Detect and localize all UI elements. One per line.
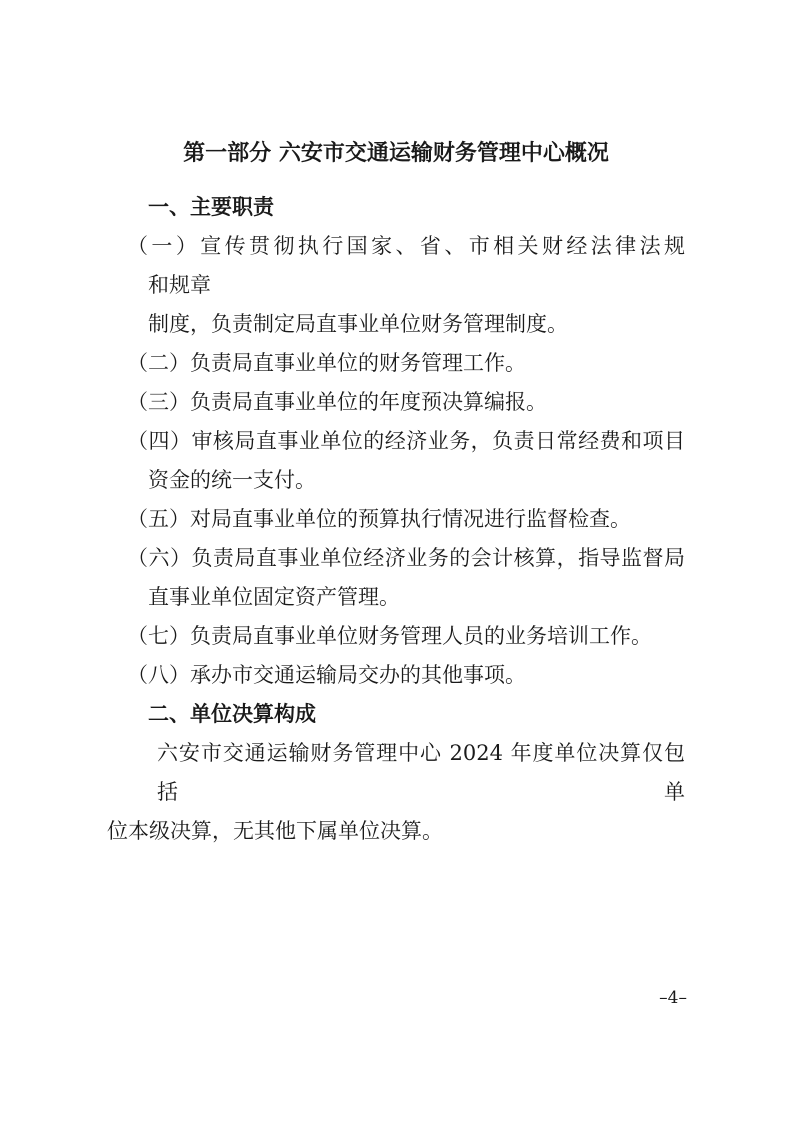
list-item-3-line: （三）负责局直事业单位的年度预决算编报。: [107, 383, 685, 422]
list-item-4-line-2: 资金的统一支付。: [107, 461, 685, 500]
list-item-8-line: （八）承办市交通运输局交办的其他事项。: [107, 656, 685, 695]
list-item-5-line: （五）对局直事业单位的预算执行情况进行监督检查。: [107, 500, 685, 539]
list-item-2-line: （二）负责局直事业单位的财务管理工作。: [107, 344, 685, 383]
list-item-6-line-2: 直事业单位固定资产管理。: [107, 578, 685, 617]
closing-paragraph-line-2: 位本级决算，无其他下属单位决算。: [107, 812, 685, 851]
document-page: 第一部分 六安市交通运输财务管理中心概况 一、主要职责 （一）宣传贯彻执行国家、…: [0, 0, 793, 1122]
list-item-1-line-1: （一）宣传贯彻执行国家、省、市相关财经法律法规: [107, 227, 685, 266]
document-title: 第一部分 六安市交通运输财务管理中心概况: [107, 137, 685, 171]
list-item-1-line-2: 和规章: [107, 266, 685, 305]
closing-paragraph-line-1: 六安市交通运输财务管理中心 2024 年度单位决算仅包括单: [107, 734, 685, 812]
list-item-6-line-1: （六）负责局直事业单位经济业务的会计核算，指导监督局: [107, 539, 685, 578]
section-heading-main-duties: 一、主要职责: [107, 188, 685, 227]
list-item-7-line: （七）负责局直事业单位财务管理人员的业务培训工作。: [107, 617, 685, 656]
page-number: –4–: [659, 986, 687, 1010]
list-item-1-line-3: 制度，负责制定局直事业单位财务管理制度。: [107, 305, 685, 344]
list-item-4-line-1: （四）审核局直事业单位的经济业务，负责日常经费和项目: [107, 422, 685, 461]
section-heading-budget-composition: 二、单位决算构成: [107, 695, 685, 734]
document-content: 第一部分 六安市交通运输财务管理中心概况 一、主要职责 （一）宣传贯彻执行国家、…: [107, 137, 685, 851]
